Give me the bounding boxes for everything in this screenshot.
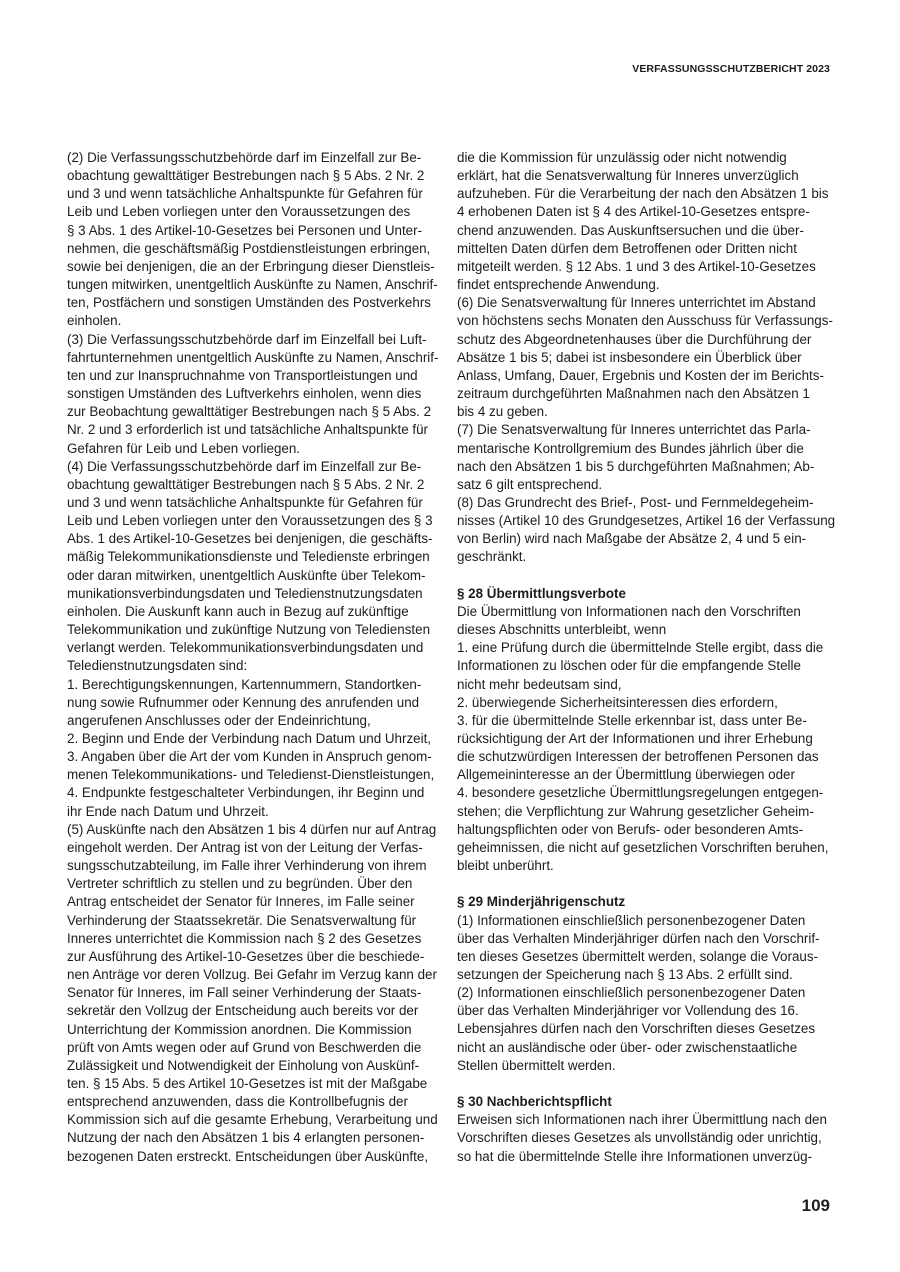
right-column: die die Kommission für unzulässig oder n… (457, 149, 837, 1166)
text-line: nisses (Artikel 10 des Grundgesetzes, Ar… (457, 512, 837, 530)
paragraph-spacer (457, 567, 837, 585)
text-line: satz 6 gilt entsprechend. (457, 476, 837, 494)
text-line: einholen. (67, 312, 447, 330)
text-line: und 3 und wenn tatsächliche Anhaltspunkt… (67, 185, 447, 203)
text-line: 1. Berechtigungskennungen, Kartennummern… (67, 676, 447, 694)
section-block: § 30 NachberichtspflichtErweisen sich In… (457, 1093, 837, 1166)
text-line: ten und zur Inanspruchnahme von Transpor… (67, 367, 447, 385)
section-heading: § 28 Übermittlungsverbote (457, 585, 837, 603)
text-line: verlangt werden. Telekommunikationsverbi… (67, 639, 447, 657)
text-line: Nutzung der nach den Absätzen 1 bis 4 er… (67, 1129, 447, 1147)
text-line: 3. Angaben über die Art der vom Kunden i… (67, 748, 447, 766)
text-line: nung sowie Rufnummer oder Kennung des an… (67, 694, 447, 712)
text-line: erklärt, hat die Senatsverwaltung für In… (457, 167, 837, 185)
text-line: Erweisen sich Informationen nach ihrer Ü… (457, 1111, 837, 1129)
text-line: munikationsverbindungsdaten und Teledien… (67, 585, 447, 603)
text-line: sonstigen Umständen des Luftverkehrs ein… (67, 385, 447, 403)
text-line: eingeholt werden. Der Antrag ist von der… (67, 839, 447, 857)
text-line: (2) Die Verfassungsschutzbehörde darf im… (67, 149, 447, 167)
paragraph-spacer (457, 875, 837, 893)
text-line: 4 erhobenen Daten ist § 4 des Artikel-10… (457, 203, 837, 221)
text-line: Vorschriften dieses Gesetzes als unvolls… (457, 1129, 837, 1147)
section-block: § 28 ÜbermittlungsverboteDie Übermittlun… (457, 585, 837, 876)
text-line: (8) Das Grundrecht des Brief-, Post- und… (457, 494, 837, 512)
text-line: 1. eine Prüfung durch die übermittelnde … (457, 639, 837, 657)
text-line: Informationen zu löschen oder für die em… (457, 657, 837, 675)
page-number: 109 (802, 1196, 830, 1216)
text-line: zur Ausführung des Artikel-10-Gesetzes ü… (67, 948, 447, 966)
text-line: bleibt unberührt. (457, 857, 837, 875)
text-line: zur Beobachtung gewalttätiger Bestrebung… (67, 403, 447, 421)
text-line: ten, Postfächern und sonstigen Umständen… (67, 294, 447, 312)
running-header: VERFASSUNGSSCHUTZBERICHT 2023 (632, 63, 830, 75)
text-line: mitgeteilt werden. § 12 Abs. 1 und 3 des… (457, 258, 837, 276)
text-line: ten dieses Gesetzes übermittelt werden, … (457, 948, 837, 966)
paragraph-spacer (457, 1075, 837, 1093)
text-line: nicht mehr bedeutsam sind, (457, 676, 837, 694)
text-line: 2. Beginn und Ende der Verbindung nach D… (67, 730, 447, 748)
text-line: entsprechend anzuwenden, dass die Kontro… (67, 1093, 447, 1111)
text-line: Gefahren für Leib und Leben vorliegen. (67, 440, 447, 458)
text-line: Teledienstnutzungsdaten sind: (67, 657, 447, 675)
text-line: Anlass, Umfang, Dauer, Ergebnis und Kost… (457, 367, 837, 385)
text-line: 4. Endpunkte festgeschalteter Verbindung… (67, 784, 447, 802)
text-line: Verhinderung der Staatssekretär. Die Sen… (67, 912, 447, 930)
text-line: 4. besondere gesetzliche Übermittlungsre… (457, 784, 837, 802)
text-line: Absätze 1 bis 5; dabei ist insbesondere … (457, 349, 837, 367)
text-line: Telekommunikation und zukünftige Nutzung… (67, 621, 447, 639)
text-line: (4) Die Verfassungsschutzbehörde darf im… (67, 458, 447, 476)
text-line: Stellen übermittelt werden. (457, 1057, 837, 1075)
text-line: Allgemeininteresse an der Übermittlung ü… (457, 766, 837, 784)
text-line: prüft von Amts wegen oder auf Grund von … (67, 1039, 447, 1057)
text-line: obachtung gewalttätiger Bestrebungen nac… (67, 476, 447, 494)
text-line: von Berlin) wird nach Maßgabe der Absätz… (457, 530, 837, 548)
text-line: zeitraum durchgeführten Maßnahmen nach d… (457, 385, 837, 403)
text-line: Kommission sich auf die gesamte Erhebung… (67, 1111, 447, 1129)
text-line: 2. überwiegende Sicherheitsinteressen di… (457, 694, 837, 712)
text-line: die die Kommission für unzulässig oder n… (457, 149, 837, 167)
text-line: Zulässigkeit und Notwendigkeit der Einho… (67, 1057, 447, 1075)
text-line: obachtung gewalttätiger Bestrebungen nac… (67, 167, 447, 185)
text-line: 3. für die übermittelnde Stelle erkennba… (457, 712, 837, 730)
text-line: haltungspflichten oder von Berufs- oder … (457, 821, 837, 839)
text-line: nehmen, die geschäftsmäßig Postdienstlei… (67, 240, 447, 258)
text-line: über das Verhalten Minderjähriger dürfen… (457, 930, 837, 948)
text-line: chend anzuwenden. Das Auskunftsersuchen … (457, 222, 837, 240)
text-line: von höchstens sechs Monaten den Ausschus… (457, 312, 837, 330)
text-line: (3) Die Verfassungsschutzbehörde darf im… (67, 331, 447, 349)
text-line: Lebensjahres dürfen nach den Vorschrifte… (457, 1020, 837, 1038)
text-line: oder daran mitwirken, unentgeltlich Ausk… (67, 567, 447, 585)
text-line: einholen. Die Auskunft kann auch in Bezu… (67, 603, 447, 621)
text-line: sungsschutzabteilung, im Falle ihrer Ver… (67, 857, 447, 875)
text-line: bezogenen Daten erstreckt. Entscheidunge… (67, 1148, 447, 1166)
text-line: Inneres unterrichtet die Kommission nach… (67, 930, 447, 948)
text-line: stehen; die Verpflichtung zur Wahrung ge… (457, 803, 837, 821)
text-line: Abs. 1 des Artikel-10-Gesetzes bei denje… (67, 530, 447, 548)
text-line: mäßig Telekommunikationsdienste und Tele… (67, 548, 447, 566)
text-line: menen Telekommunikations- und Teledienst… (67, 766, 447, 784)
text-line: Vertreter schriftlich zu stellen und zu … (67, 875, 447, 893)
text-line: (5) Auskünfte nach den Absätzen 1 bis 4 … (67, 821, 447, 839)
text-line: mentarische Kontrollgremium des Bundes j… (457, 440, 837, 458)
text-line: ten. § 15 Abs. 5 des Artikel 10-Gesetzes… (67, 1075, 447, 1093)
text-line: mittelten Daten dürfen dem Betroffenen o… (457, 240, 837, 258)
text-line: dieses Abschnitts unterbleibt, wenn (457, 621, 837, 639)
text-line: sowie bei denjenigen, die an der Erbring… (67, 258, 447, 276)
text-line: Antrag entscheidet der Senator für Inner… (67, 893, 447, 911)
section-heading: § 30 Nachberichtspflicht (457, 1093, 837, 1111)
text-line: geheimnissen, die nicht auf gesetzlichen… (457, 839, 837, 857)
text-line: Nr. 2 und 3 erforderlich ist und tatsäch… (67, 421, 447, 439)
text-line: (7) Die Senatsverwaltung für Inneres unt… (457, 421, 837, 439)
text-line: (6) Die Senatsverwaltung für Inneres unt… (457, 294, 837, 312)
text-line: nach den Absätzen 1 bis 5 durchgeführten… (457, 458, 837, 476)
text-line: (1) Informationen einschließlich persone… (457, 912, 837, 930)
text-line: rücksichtigung der Art der Informationen… (457, 730, 837, 748)
text-line: Leib und Leben vorliegen unter den Vorau… (67, 512, 447, 530)
text-line: so hat die übermittelnde Stelle ihre Inf… (457, 1148, 837, 1166)
text-line: aufzuheben. Für die Verarbeitung der nac… (457, 185, 837, 203)
text-line: ihr Ende nach Datum und Uhrzeit. (67, 803, 447, 821)
text-line: fahrtunternehmen unentgeltlich Auskünfte… (67, 349, 447, 367)
text-line: über das Verhalten Minderjähriger vor Vo… (457, 1002, 837, 1020)
left-column: (2) Die Verfassungsschutzbehörde darf im… (67, 149, 447, 1166)
text-line: Die Übermittlung von Informationen nach … (457, 603, 837, 621)
text-line: tungen mitwirken, unentgeltlich Auskünft… (67, 276, 447, 294)
text-line: Unterrichtung der Kommission anordnen. D… (67, 1021, 447, 1039)
text-line: schutz des Abgeordnetenhauses über die D… (457, 331, 837, 349)
text-line: nen Anträge vor deren Vollzug. Bei Gefah… (67, 966, 447, 984)
text-line: die schutzwürdigen Interessen der betrof… (457, 748, 837, 766)
text-line: und 3 und wenn tatsächliche Anhaltspunkt… (67, 494, 447, 512)
text-line: Leib und Leben vorliegen unter den Vorau… (67, 203, 447, 221)
text-line: angerufenen Anschlusses oder der Endeinr… (67, 712, 447, 730)
text-line: setzungen der Speicherung nach § 13 Abs.… (457, 966, 837, 984)
section-block: § 29 Minderjährigenschutz(1) Information… (457, 893, 837, 1075)
text-line: sekretär den Vollzug der Entscheidung au… (67, 1002, 447, 1020)
text-line: bis 4 zu geben. (457, 403, 837, 421)
text-line: (2) Informationen einschließlich persone… (457, 984, 837, 1002)
text-line: findet entsprechende Anwendung. (457, 276, 837, 294)
text-line: nicht an ausländische oder über- oder zw… (457, 1039, 837, 1057)
text-line: geschränkt. (457, 548, 837, 566)
section-heading: § 29 Minderjährigenschutz (457, 893, 837, 911)
text-line: Senator für Inneres, im Fall seiner Verh… (67, 984, 447, 1002)
text-line: § 3 Abs. 1 des Artikel-10-Gesetzes bei P… (67, 222, 447, 240)
